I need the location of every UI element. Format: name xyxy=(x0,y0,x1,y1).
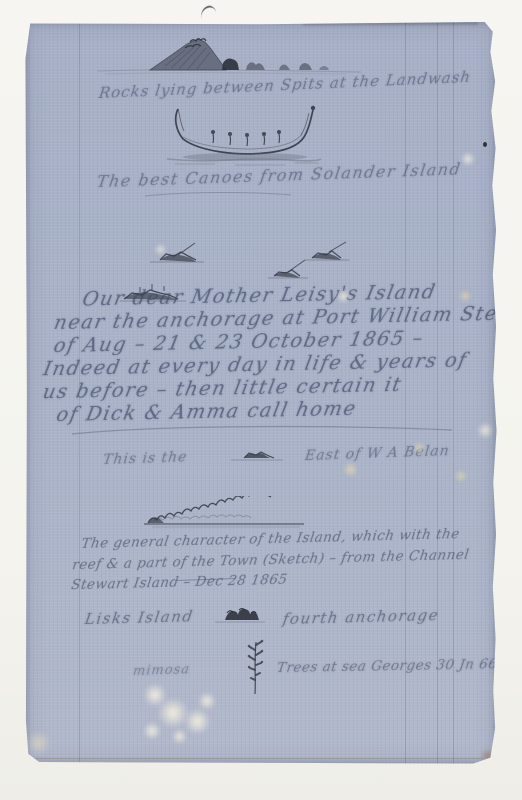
document-page: Rocks lying between Spits at the Landwas… xyxy=(25,22,497,765)
journal-note: Our dear Mother Leisy's Island near the … xyxy=(29,276,522,426)
corner-stain xyxy=(25,730,51,756)
foxing-stain xyxy=(172,729,187,744)
anchorage-label: fourth anchorage xyxy=(282,606,441,628)
plant-sprig-sketch xyxy=(243,638,267,696)
ruled-line-bottom xyxy=(33,758,483,759)
war-canoe-sketch xyxy=(165,101,325,171)
foxing-stain xyxy=(184,708,211,735)
flourish-underline xyxy=(70,422,455,438)
island-note: The general character of the Island, whi… xyxy=(68,524,474,596)
foxing-stain xyxy=(143,722,161,740)
foxing-stain xyxy=(343,462,358,477)
date-inscription: Trees at sea Georges 30 Jn 66. xyxy=(276,656,503,676)
foxing-stain xyxy=(477,422,494,439)
small-canoe-sketch-1 xyxy=(148,240,208,268)
caption-underline-flourish xyxy=(143,190,293,198)
foxing-stain xyxy=(198,692,216,710)
foxing-stain xyxy=(143,683,167,707)
east-of-label: East of W A Belan xyxy=(304,443,451,464)
stray-pencil-mark xyxy=(199,4,217,19)
dark-islet-sketch xyxy=(213,603,267,627)
foxing-stain xyxy=(455,470,467,482)
this-is-the-label: This is the xyxy=(102,449,188,468)
corner-stain xyxy=(480,748,496,764)
inline-islet-sketch xyxy=(228,446,286,464)
small-canoe-sketch-3 xyxy=(303,240,351,266)
pencil-smear-top-edge xyxy=(303,22,478,26)
island-profile-sketch xyxy=(140,496,310,530)
foxing-stain xyxy=(157,697,189,729)
mimosa-label: mimosa xyxy=(132,662,191,679)
lisks-island-label: Lisks Island xyxy=(84,607,195,628)
wormhole-dot xyxy=(483,142,487,147)
